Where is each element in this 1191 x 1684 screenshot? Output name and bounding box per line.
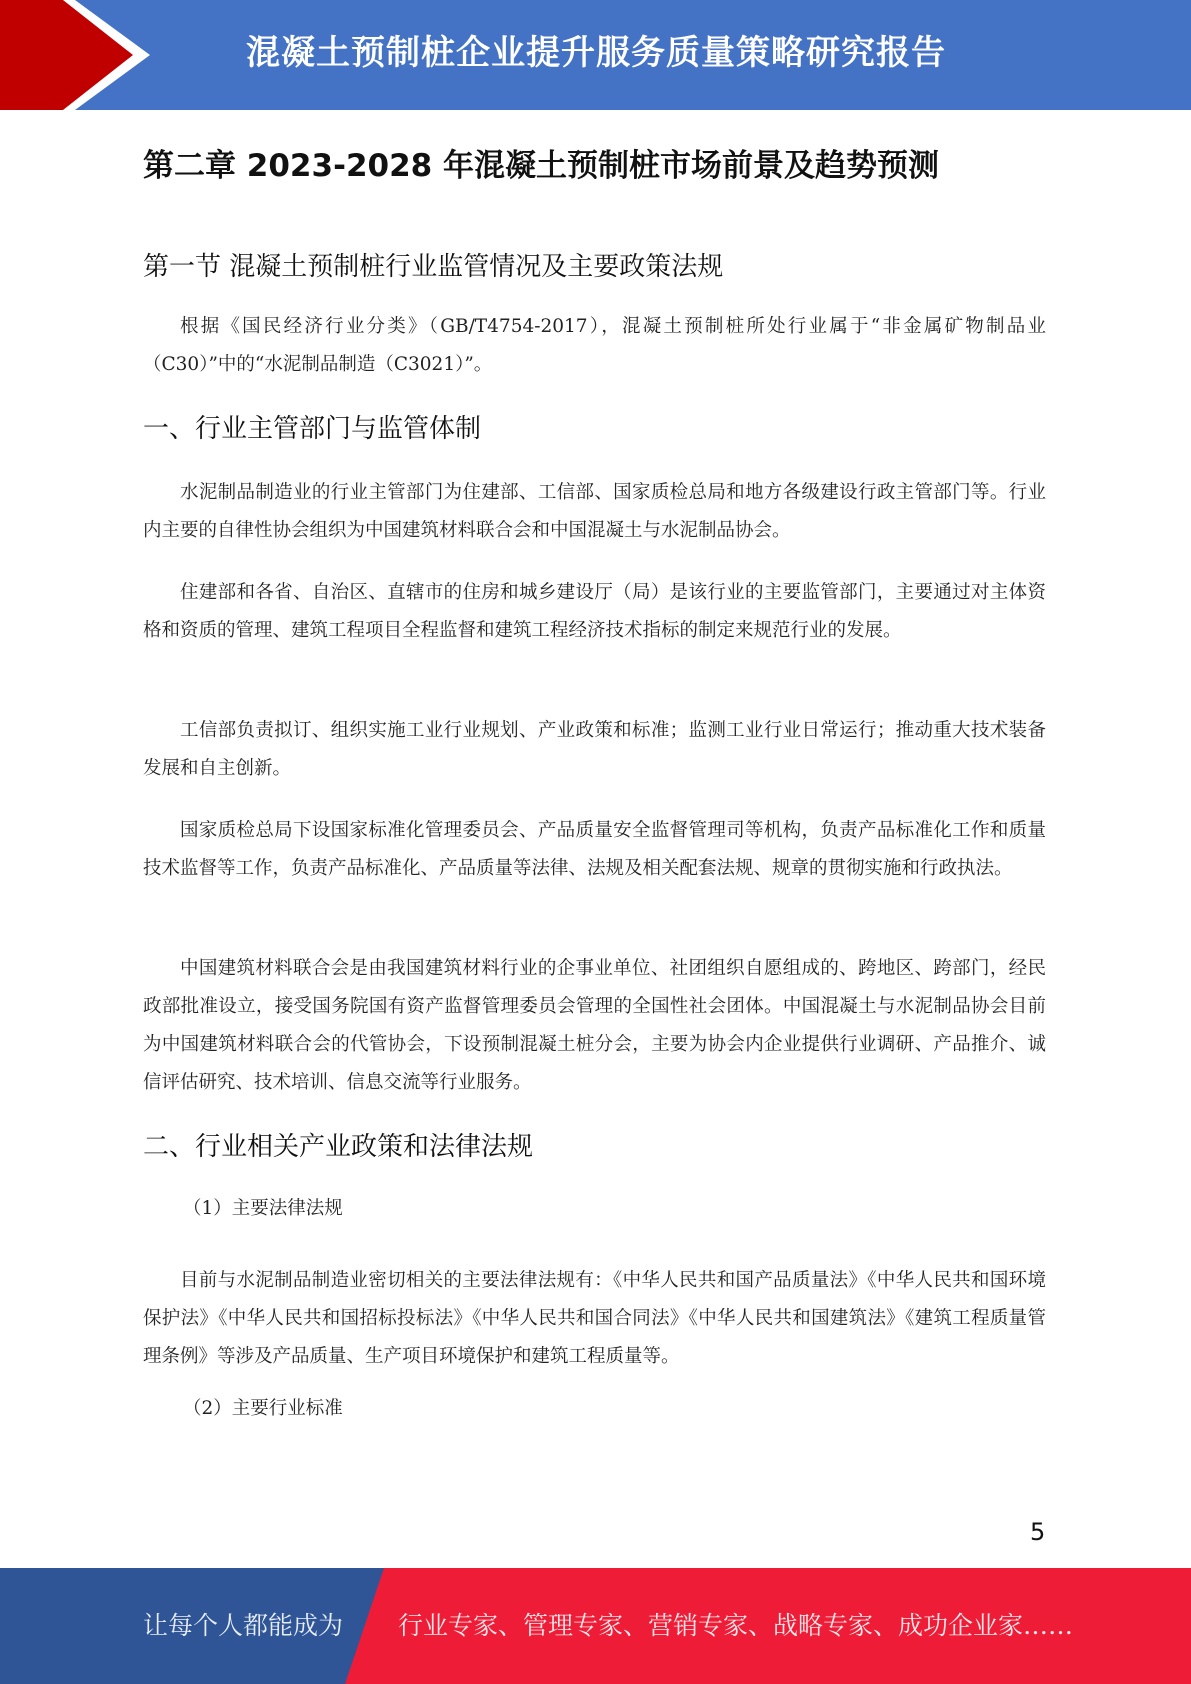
subsection-title-policies: 二、行业相关产业政策和法律法规 (143, 1126, 533, 1163)
intro-paragraph: 根据《国民经济行业分类》（GB/T4754-2017），混凝土预制桩所处行业属于… (143, 308, 1046, 384)
paragraph-quality-bureau: 国家质检总局下设国家标准化管理委员会、产品质量安全监督管理司等机构，负责产品标准… (143, 812, 1046, 888)
item-label-standards: （2）主要行业标准 (183, 1390, 343, 1428)
subsection-title-regulators: 一、行业主管部门与监管体制 (143, 408, 481, 445)
red-arrow-decoration (0, 0, 150, 110)
item-label-laws: （1）主要法律法规 (183, 1190, 343, 1228)
report-header: 混凝土预制桩企业提升服务质量策略研究报告 (0, 0, 1191, 110)
paragraph-housing-ministry: 住建部和各省、自治区、直辖市的住房和城乡建设厅（局）是该行业的主要监管部门，主要… (143, 574, 1046, 650)
chapter-title: 第二章 2023-2028 年混凝土预制桩市场前景及趋势预测 (143, 140, 939, 185)
paragraph-miit: 工信部负责拟订、组织实施工业行业规划、产业政策和标准；监测工业行业日常运行；推动… (143, 712, 1046, 788)
paragraph-regulators: 水泥制品制造业的行业主管部门为住建部、工信部、国家质检总局和地方各级建设行政主管… (143, 474, 1046, 550)
footer-slogan-right: 行业专家、管理专家、营销专家、战略专家、成功企业家…… (398, 1568, 1073, 1684)
paragraph-laws: 目前与水泥制品制造业密切相关的主要法律法规有：《中华人民共和国产品质量法》《中华… (143, 1262, 1046, 1376)
section-title: 第一节 混凝土预制桩行业监管情况及主要政策法规 (143, 246, 723, 283)
footer-slogan-left: 让每个人都能成为 (143, 1568, 343, 1684)
page-number: 5 (1030, 1518, 1045, 1546)
report-title: 混凝土预制桩企业提升服务质量策略研究报告 (246, 0, 946, 110)
paragraph-building-materials-federation: 中国建筑材料联合会是由我国建筑材料行业的企事业单位、社团组织自愿组成的、跨地区、… (143, 950, 1046, 1102)
report-footer: 让每个人都能成为 行业专家、管理专家、营销专家、战略专家、成功企业家…… (0, 1568, 1191, 1684)
